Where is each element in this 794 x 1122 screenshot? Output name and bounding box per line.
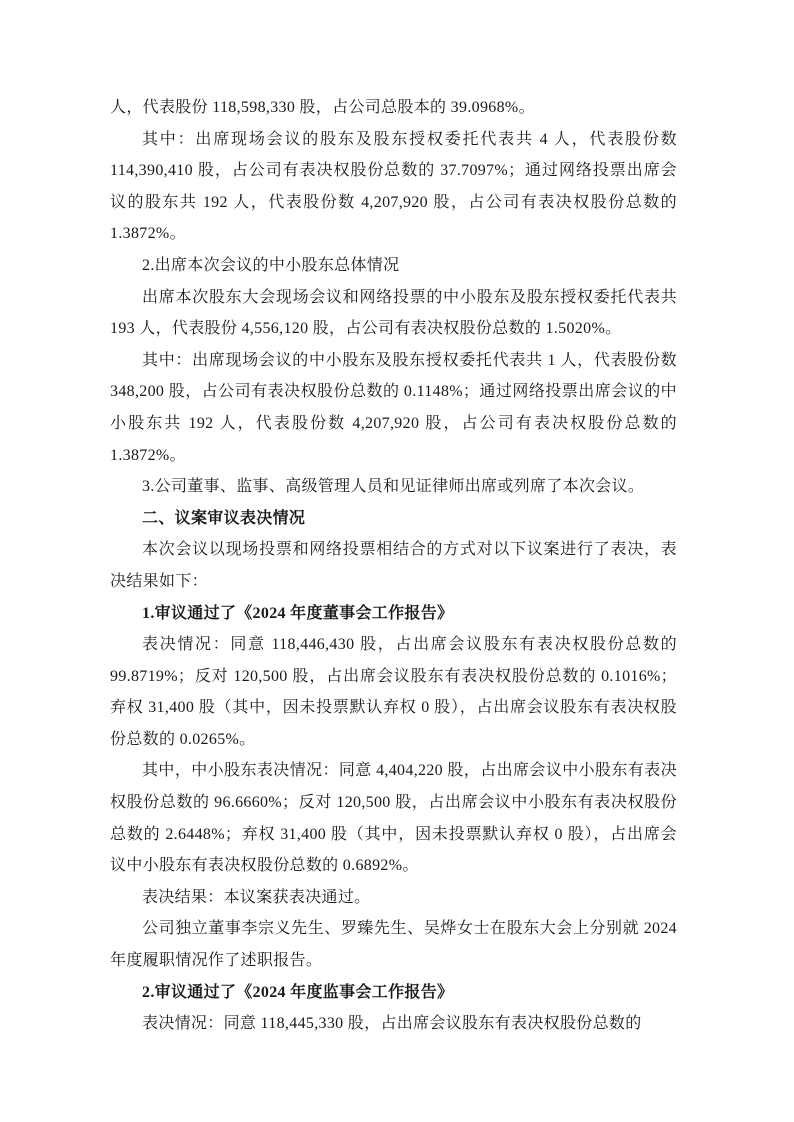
paragraph-proposal1-passed: 表决结果：本议案获表决通过。	[110, 882, 677, 914]
paragraph-total-shareholding-continuation: 人，代表股份 118,598,330 股，占公司总股本的 39.0968%。	[110, 92, 677, 124]
paragraph-onsite-online-shareholder-breakdown: 其中：出席现场会议的股东及股东授权委托代表共 4 人，代表股份数 114,390…	[110, 124, 677, 250]
heading-proposal2-supervisory-work-report: 2.审议通过了《2024 年度监事会工作报告》	[110, 977, 677, 1009]
document-content: 人，代表股份 118,598,330 股，占公司总股本的 39.0968%。 其…	[110, 92, 677, 1040]
paragraph-minor-shareholders-breakdown: 其中：出席现场会议的中小股东及股东授权委托代表共 1 人，代表股份数 348,2…	[110, 345, 677, 471]
paragraph-item2-minor-shareholders-overview-title: 2.出席本次会议的中小股东总体情况	[110, 250, 677, 282]
paragraph-independent-directors-report: 公司独立董事李宗义先生、罗臻先生、吴烨女士在股东大会上分别就 2024 年度履职…	[110, 913, 677, 976]
paragraph-minor-shareholders-total: 出席本次股东大会现场会议和网络投票的中小股东及股东授权委托代表共 193 人，代…	[110, 282, 677, 345]
heading-proposal1-board-work-report: 1.审议通过了《2024 年度董事会工作报告》	[110, 598, 677, 630]
paragraph-voting-method: 本次会议以现场投票和网络投票相结合的方式对以下议案进行了表决，表决结果如下：	[110, 534, 677, 597]
heading-section2-proposal-voting: 二、议案审议表决情况	[110, 503, 677, 535]
paragraph-item3-attendees: 3.公司董事、监事、高级管理人员和见证律师出席或列席了本次会议。	[110, 471, 677, 503]
paragraph-proposal2-voting-result: 表决情况：同意 118,445,330 股，占出席会议股东有表决权股份总数的	[110, 1008, 677, 1040]
paragraph-proposal1-minor-shareholder-voting: 其中，中小股东表决情况：同意 4,404,220 股，占出席会议中小股东有表决权…	[110, 755, 677, 881]
paragraph-proposal1-voting-result: 表决情况：同意 118,446,430 股，占出席会议股东有表决权股份总数的 9…	[110, 629, 677, 755]
document-page: 人，代表股份 118,598,330 股，占公司总股本的 39.0968%。 其…	[0, 0, 794, 1122]
